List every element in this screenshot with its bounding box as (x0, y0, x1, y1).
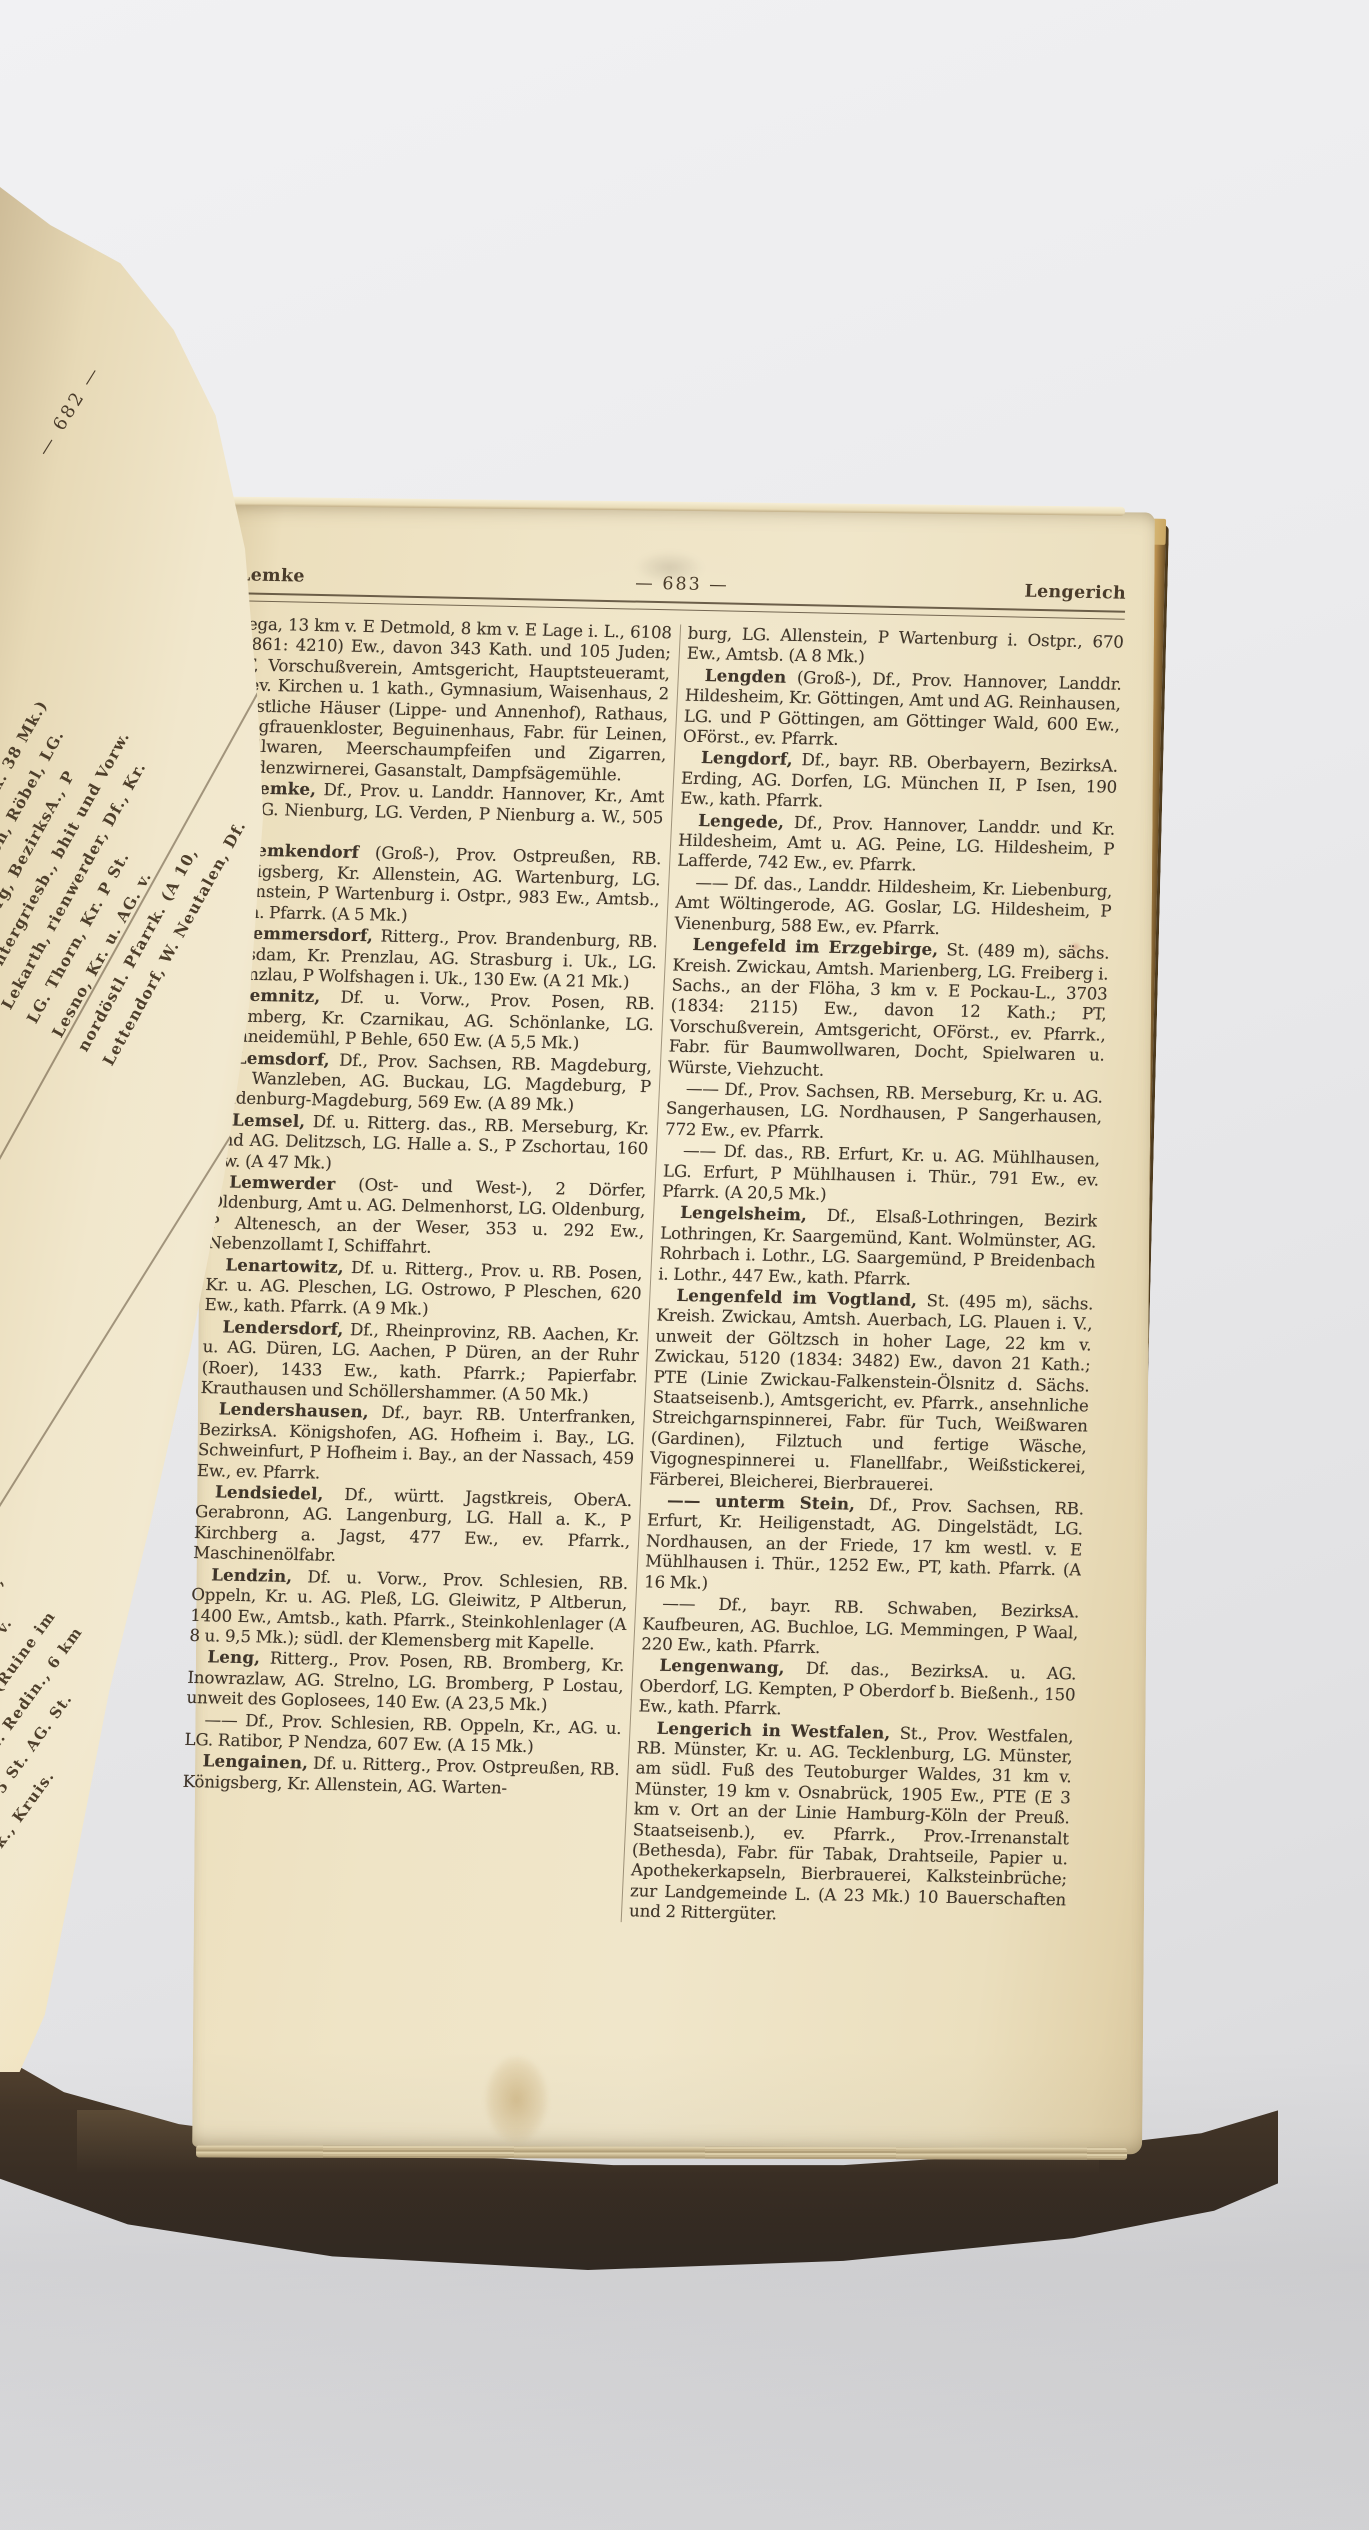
entry-headword: Lengelsheim, (680, 1202, 808, 1225)
entry-headword: Lemsdorf, (235, 1047, 331, 1069)
gazetteer-entry: —— unterm Stein, Df., Prov. Sachsen, RB.… (644, 1489, 1085, 1601)
gazetteer-entry: —— Df., Prov. Sachsen, RB. Merseburg, Kr… (665, 1077, 1104, 1148)
book-photo-scene: Lemke — 683 — Lengerich Bega, 13 km v. E… (0, 0, 1369, 2530)
gazetteer-entry: Lemmersdorf, Ritterg., Prov. Brandenburg… (219, 922, 658, 993)
entry-headword: Lengerich in Westfalen, (656, 1717, 891, 1742)
entry-text: Bega, 13 km v. E Detmold, 8 km v. E Lage… (229, 614, 672, 784)
gazetteer-entry: Lemnitz, Df. u. Vorw., Prov. Posen, RB. … (216, 984, 655, 1055)
page-683-content: Lemke — 683 — Lengerich Bega, 13 km v. E… (167, 565, 1126, 2143)
gazetteer-entry: Lengelsheim, Df., Elsaß-Lothringen, Bezi… (658, 1202, 1098, 1294)
gazetteer-entry: Leng, Ritterg., Prov. Posen, RB. Bromber… (186, 1646, 625, 1717)
gazetteer-entry: Lendsiedel, Df., württ. Jagstkreis, Ober… (193, 1481, 633, 1573)
gazetteer-entry: Lengefeld im Erzgebirge, St. (489 m), sä… (667, 934, 1110, 1087)
entry-headword: Lemkendorf (244, 840, 359, 862)
gazetteer-entry: Lengden (Groß-), Df., Prov. Hannover, La… (683, 664, 1123, 756)
gazetteer-entry: Lengdorf, Df., bayr. RB. Oberbayern, Bez… (680, 747, 1119, 818)
gazetteer-entry: Lemsel, Df. u. Ritterg. das., RB. Merseb… (211, 1109, 650, 1180)
entry-headword: Lemsel, (232, 1109, 306, 1131)
running-head-keyword-right: Lengerich (728, 575, 1126, 603)
entry-headword: Lemwerder (229, 1171, 336, 1193)
entry-text: St. (489 m), sächs. Kreish. Zwickau, Amt… (667, 940, 1109, 1079)
gazetteer-entry: Lendershausen, Df., bayr. RB. Unterfrank… (197, 1398, 637, 1490)
entry-headword: Lengden (705, 665, 787, 687)
gazetteer-entry: Lengenwang, Df. das., BezirksA. u. AG. O… (638, 1655, 1077, 1726)
open-book: Lemke — 683 — Lengerich Bega, 13 km v. E… (0, 0, 1369, 2530)
gazetteer-entry: —— Df. das., Landdr. Hildesheim, Kr. Lie… (674, 871, 1113, 942)
entry-headword: Lendershausen, (218, 1399, 369, 1422)
gazetteer-entry: —— Df., bayr. RB. Schwaben, BezirksA. Ka… (641, 1592, 1080, 1663)
gazetteer-entry: Lemwerder (Ost- und West-), 2 Dörfer, Ol… (207, 1171, 647, 1263)
entry-headword: Lengainen, (202, 1751, 308, 1773)
entry-text: St., Prov. Westfalen, RB. Münster, Kr. u… (629, 1723, 1074, 1923)
gazetteer-entry: Lengenfeld im Vogtland, St. (495 m), säc… (649, 1284, 1094, 1498)
entry-headword: Leng, (207, 1647, 261, 1668)
gazetteer-entry: Bega, 13 km v. E Detmold, 8 km v. E Lage… (229, 613, 672, 786)
page-683: Lemke — 683 — Lengerich Bega, 13 km v. E… (192, 505, 1155, 2154)
entry-headword: Lenartowitz, (225, 1254, 344, 1276)
gazetteer-entry: Lengainen, Df. u. Ritterg., Prov. Ostpre… (182, 1750, 620, 1801)
gazetteer-entry: —— Df. das., RB. Erfurt, Kr. u. AG. Mühl… (662, 1140, 1101, 1211)
entry-text: —— Df. das., RB. Erfurt, Kr. u. AG. Mühl… (662, 1141, 1101, 1204)
entry-headword: Lendersdorf, (222, 1316, 344, 1339)
gazetteer-entry: Lengerich in Westfalen, St., Prov. Westf… (629, 1717, 1074, 1931)
text-columns: Bega, 13 km v. E Detmold, 8 km v. E Lage… (177, 613, 1124, 1931)
entry-text: —— Df. das., Landdr. Hildesheim, Kr. Lie… (674, 873, 1113, 938)
column-right: burg, LG. Allenstein, P Wartenburg i. Os… (629, 623, 1125, 1931)
gazetteer-entry: Lemkendorf (Groß-), Prov. Ostpreußen, RB… (222, 840, 662, 932)
gazetteer-entry: Lendersdorf, Df., Rheinprovinz, RB. Aach… (200, 1316, 640, 1408)
gazetteer-entry: Lengede, Df., Prov. Hannover, Landdr. un… (677, 809, 1116, 880)
entry-text: —— Df., bayr. RB. Schwaben, BezirksA. Ka… (641, 1594, 1080, 1657)
entry-headword: Lemmersdorf, (240, 923, 373, 946)
gazetteer-entry: Lenartowitz, Df. u. Ritterg., Prov. u. R… (204, 1254, 643, 1325)
entry-text: burg, LG. Allenstein, P Wartenburg i. Os… (686, 624, 1124, 667)
entry-headword: —— unterm Stein, (667, 1490, 856, 1514)
entry-text: —— Df., Prov. Sachsen, RB. Merseburg, Kr… (665, 1079, 1104, 1142)
gazetteer-entry: Lemke, Df., Prov. u. Landdr. Hannover, K… (226, 777, 665, 848)
entry-headword: Lendsiedel, (215, 1481, 324, 1503)
entry-text: —— Df., Prov. Schlesien, RB. Oppeln, Kr.… (184, 1710, 622, 1756)
entry-headword: Lengdorf, (701, 747, 794, 769)
entry-headword: Lengenwang, (659, 1655, 785, 1678)
running-head-keyword-left: Lemke (238, 565, 636, 593)
entry-headword: Lendzin, (211, 1564, 293, 1586)
entry-headword: Lengede, (698, 810, 785, 832)
entry-text: St. (495 m), sächs. Kreish. Zwickau, Amt… (649, 1291, 1094, 1494)
gazetteer-entry: Lemsdorf, Df., Prov. Sachsen, RB. Magdeb… (214, 1047, 653, 1118)
gazetteer-entry: Lendzin, Df. u. Vorw., Prov. Schlesien, … (189, 1564, 629, 1656)
page-number: — 683 — (635, 574, 729, 596)
